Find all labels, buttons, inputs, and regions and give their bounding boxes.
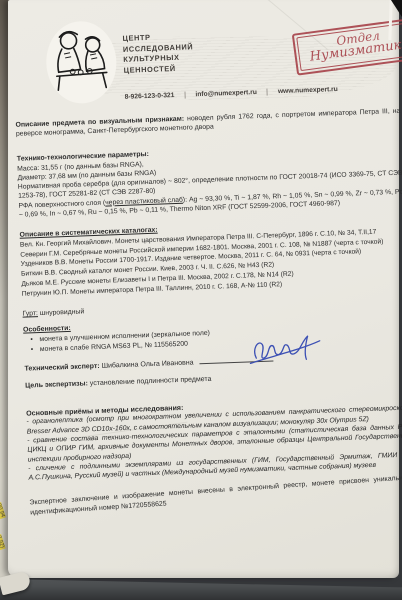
edge-highlight-fragment: 3 92) xyxy=(0,534,5,550)
org-name-line: ЦЕННОСТЕЙ xyxy=(123,63,194,76)
catalog-list: Вел. Кн. Георгий Михайлович. Монеты царс… xyxy=(20,228,402,299)
edge-type-value: шнуровидный xyxy=(40,309,85,318)
expert-signature xyxy=(245,331,324,370)
document-body: Описание предмета по визуальным признака… xyxy=(15,107,402,518)
organization-logo xyxy=(43,18,120,107)
technical-expert-line: Технический эксперт: Шибалкина Ольга Ива… xyxy=(24,350,402,373)
expert-name: Шибалкина Ольга Ивановна xyxy=(102,360,194,370)
tech-params-block: Масса: 31,55 г (по данным базы RNGA), Ди… xyxy=(17,150,402,219)
expert-label: Технический эксперт: xyxy=(24,363,99,373)
engraving-logo-icon xyxy=(43,18,120,107)
website-url: www.numexpert.ru xyxy=(278,86,338,95)
purpose-value: установление подлинности предмета xyxy=(90,376,212,387)
letterhead: ЦЕНТР ИССЛЕДОВАНИЙ КУЛЬТУРНЫХ ЦЕННОСТЕЙ … xyxy=(8,0,402,118)
edge-highlight-fragment: 90 94 xyxy=(0,502,6,519)
email-address: info@numexpert.ru xyxy=(195,89,268,99)
photographed-expertise-document: 90 94 3 92) xyxy=(0,0,402,600)
document-page: ЦЕНТР ИССЛЕДОВАНИЙ КУЛЬТУРНЫХ ЦЕННОСТЕЙ … xyxy=(8,0,399,578)
edge-type-label: Гурт: xyxy=(22,310,38,318)
numismatics-department-stamp: Отдел Нумизматики xyxy=(292,17,402,76)
expertise-purpose-line: Цель экспертизы: установление подлинност… xyxy=(25,369,402,390)
contact-row: 8-926-123-0-321info@numexpert.ruwww.nume… xyxy=(125,86,338,101)
phone-number: 8-926-123-0-321 xyxy=(125,92,186,101)
organization-name: ЦЕНТР ИССЛЕДОВАНИЙ КУЛЬТУРНЫХ ЦЕННОСТЕЙ xyxy=(122,31,194,76)
xrf-underlined: через пластиковый слаб xyxy=(105,196,183,206)
methods-list: - органолептика (осмотр при многократном… xyxy=(26,404,402,483)
purpose-label: Цель экспертизы: xyxy=(25,381,88,390)
